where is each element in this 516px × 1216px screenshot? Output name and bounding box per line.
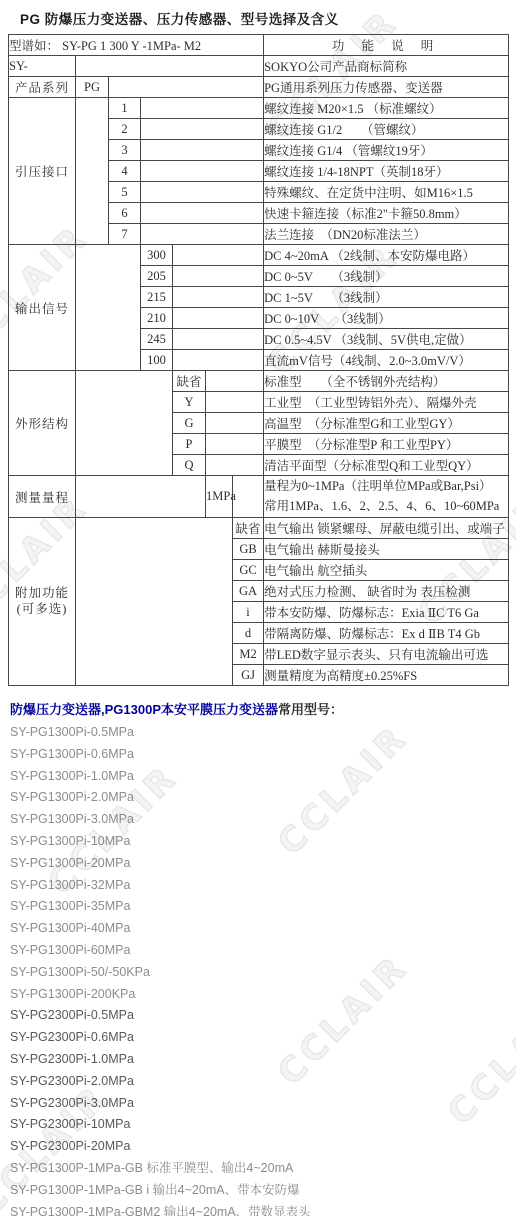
empty-cell xyxy=(206,371,264,392)
empty-cell xyxy=(173,329,264,350)
code-cell: 6 xyxy=(109,203,141,224)
model-item: SY-PG1300Pi-200KPa xyxy=(10,984,508,1006)
code-cell: 缺省 xyxy=(173,371,206,392)
desc-cell: DC 0~10V （3线制） xyxy=(264,308,509,329)
desc-cell: SOKYO公司产品商标简称 xyxy=(264,56,509,77)
desc-cell: 平膜型 （分标准型P 和工业型PY） xyxy=(264,434,509,455)
table-row: 附加功能 (可多选) 缺省 电气输出 锁紧螺母、屏蔽电缆引出、或端子 xyxy=(9,518,509,539)
model-selection-table: 型谱如： SY-PG 1 300 Y -1MPa- M2 功 能 说 明 SY-… xyxy=(8,34,509,686)
empty-cell xyxy=(206,392,264,413)
desc-cell: 清洁平面型（分标准型Q和工业型QY） xyxy=(264,455,509,476)
code-cell: 5 xyxy=(109,182,141,203)
empty-cell xyxy=(206,413,264,434)
desc-cell: 测量精度为高精度±0.25%FS xyxy=(264,665,509,686)
table-row: SY- SOKYO公司产品商标简称 xyxy=(9,56,509,77)
code-cell: 210 xyxy=(141,308,173,329)
code-cell: 100 xyxy=(141,350,173,371)
model-spectrum-example: 型谱如： SY-PG 1 300 Y -1MPa- M2 xyxy=(9,35,264,56)
model-item: SY-PG1300P-1MPa-GB 标准平膜型、输出4~20mA xyxy=(10,1158,508,1180)
extra-label-line1: 附加功能 xyxy=(9,586,75,602)
empty-cell xyxy=(233,476,264,518)
extra-label-line2: (可多选) xyxy=(9,602,75,618)
desc-cell: PG通用系列压力传感器、变送器 xyxy=(264,77,509,98)
empty-cell xyxy=(76,56,264,77)
code-cell: M2 xyxy=(233,644,264,665)
model-item: SY-PG1300Pi-40MPa xyxy=(10,918,508,940)
desc-cell: 螺纹连接 G1/2 （管螺纹） xyxy=(264,119,509,140)
empty-cell xyxy=(76,518,233,686)
desc-cell: DC 4~20mA （2线制、本安防爆电路） xyxy=(264,245,509,266)
model-item: SY-PG2300Pi-10MPa xyxy=(10,1114,508,1136)
section-label-output: 输出信号 xyxy=(9,245,76,371)
code-cell: i xyxy=(233,602,264,623)
model-item: SY-PG2300Pi-20MPa xyxy=(10,1136,508,1158)
desc-cell: 电气输出 航空插头 xyxy=(264,560,509,581)
model-item: SY-PG2300Pi-1.0MPa xyxy=(10,1049,508,1071)
desc-cell: 螺纹连接 G1/4 （管螺纹19牙） xyxy=(264,140,509,161)
desc-cell: 绝对式压力检测、 缺省时为 表压检测 xyxy=(264,581,509,602)
code-cell: 1 xyxy=(109,98,141,119)
desc-cell: 工业型 （工业型铸铝外壳）、隔爆外壳 xyxy=(264,392,509,413)
range-desc-line2: 常用1MPa、1.6、2、2.5、4、6、10~60MPa xyxy=(264,497,508,516)
model-item: SY-PG1300P-1MPa-GB i 输出4~20mA、带本安防爆 xyxy=(10,1180,508,1202)
empty-cell xyxy=(141,161,264,182)
code-cell: 7 xyxy=(109,224,141,245)
code-cell: 205 xyxy=(141,266,173,287)
empty-cell xyxy=(173,308,264,329)
section-label-shape: 外形结构 xyxy=(9,371,76,476)
code-cell: 1MPa xyxy=(206,476,233,518)
model-item: SY-PG1300Pi-32MPa xyxy=(10,875,508,897)
empty-cell xyxy=(173,287,264,308)
desc-cell: 特殊螺纹、在定货中注明、如M16×1.5 xyxy=(264,182,509,203)
empty-cell xyxy=(173,245,264,266)
empty-cell xyxy=(141,119,264,140)
model-item: SY-PG1300Pi-0.6MPa xyxy=(10,744,508,766)
models-heading: 防爆压力变送器,PG1300P本安平膜压力变送器常用型号： xyxy=(10,699,508,718)
desc-cell: 快速卡箍连接（标准2"卡箍50.8mm） xyxy=(264,203,509,224)
empty-cell xyxy=(76,245,141,371)
model-item: SY-PG1300Pi-1.0MPa xyxy=(10,766,508,788)
code-cell: GA xyxy=(233,581,264,602)
table-row: 引压接口 1 螺纹连接 M20×1.5 （标准螺纹） xyxy=(9,98,509,119)
model-item: SY-PG1300Pi-0.5MPa xyxy=(10,722,508,744)
code-cell: 245 xyxy=(141,329,173,350)
desc-cell: 法兰连接 （DN20标准法兰） xyxy=(264,224,509,245)
code-cell: Q xyxy=(173,455,206,476)
model-item: SY-PG1300Pi-3.0MPa xyxy=(10,809,508,831)
code-cell: PG xyxy=(76,77,109,98)
table-row: 型谱如： SY-PG 1 300 Y -1MPa- M2 功 能 说 明 xyxy=(9,35,509,56)
empty-cell xyxy=(173,266,264,287)
function-description-header: 功 能 说 明 xyxy=(264,35,509,56)
code-cell: 4 xyxy=(109,161,141,182)
brand-code-cell: SY- xyxy=(9,56,76,77)
empty-cell xyxy=(141,182,264,203)
table-row: 输出信号 300 DC 4~20mA （2线制、本安防爆电路） xyxy=(9,245,509,266)
model-item: SY-PG1300Pi-10MPa xyxy=(10,831,508,853)
code-cell: 3 xyxy=(109,140,141,161)
code-cell: G xyxy=(173,413,206,434)
empty-cell xyxy=(141,98,264,119)
empty-cell xyxy=(76,98,109,245)
empty-cell xyxy=(109,77,264,98)
code-cell: GC xyxy=(233,560,264,581)
model-list: SY-PG1300Pi-0.5MPa SY-PG1300Pi-0.6MPa SY… xyxy=(10,722,508,1216)
page-content: PG 防爆压力变送器、压力传感器、型号选择及含义 型谱如： SY-PG 1 30… xyxy=(0,0,516,1216)
empty-cell xyxy=(76,371,173,476)
code-cell: GJ xyxy=(233,665,264,686)
model-item: SY-PG2300Pi-0.6MPa xyxy=(10,1027,508,1049)
desc-cell: 直流mV信号（4线制、2.0~3.0mV/V） xyxy=(264,350,509,371)
empty-cell xyxy=(141,224,264,245)
code-cell: P xyxy=(173,434,206,455)
empty-cell xyxy=(206,434,264,455)
code-cell: Y xyxy=(173,392,206,413)
model-item: SY-PG2300Pi-2.0MPa xyxy=(10,1071,508,1093)
empty-cell xyxy=(141,140,264,161)
range-desc-line1: 量程为0~1MPa（注明单位MPa或Bar,Psi） xyxy=(264,477,508,496)
code-cell: d xyxy=(233,623,264,644)
desc-cell: 标准型 （全不锈钢外壳结构） xyxy=(264,371,509,392)
desc-cell: 带隔离防爆、防爆标志：Ex d ⅡB T4 Gb xyxy=(264,623,509,644)
model-item: SY-PG1300Pi-20MPa xyxy=(10,853,508,875)
desc-cell: DC 0.5~4.5V （3线制、5V供电,定做） xyxy=(264,329,509,350)
desc-cell: 量程为0~1MPa（注明单位MPa或Bar,Psi） 常用1MPa、1.6、2、… xyxy=(264,476,509,518)
models-heading-product: 防爆压力变送器,PG1300P本安平膜压力变送器 xyxy=(10,702,278,717)
desc-cell: DC 0~5V （3线制） xyxy=(264,266,509,287)
model-item: SY-PG2300Pi-0.5MPa xyxy=(10,1005,508,1027)
code-cell: 300 xyxy=(141,245,173,266)
section-label-series: 产品系列 xyxy=(9,77,76,98)
section-label-extra: 附加功能 (可多选) xyxy=(9,518,76,686)
desc-cell: DC 1~5V （3线制） xyxy=(264,287,509,308)
desc-cell: 螺纹连接 1/4-18NPT（英制18牙） xyxy=(264,161,509,182)
empty-cell xyxy=(173,350,264,371)
model-item: SY-PG1300P-1MPa-GBM2 输出4~20mA、带数显表头 xyxy=(10,1202,508,1216)
page-title: PG 防爆压力变送器、压力传感器、型号选择及含义 xyxy=(20,8,508,28)
empty-cell xyxy=(76,476,206,518)
model-item: SY-PG2300Pi-3.0MPa xyxy=(10,1093,508,1115)
desc-cell: 电气输出 锁紧螺母、屏蔽电缆引出、或端子 xyxy=(264,518,509,539)
empty-cell xyxy=(206,455,264,476)
section-label-range: 测量量程 xyxy=(9,476,76,518)
desc-cell: 带本安防爆、防爆标志：Exia ⅡC T6 Ga xyxy=(264,602,509,623)
desc-cell: 螺纹连接 M20×1.5 （标准螺纹） xyxy=(264,98,509,119)
table-row: 产品系列 PG PG通用系列压力传感器、变送器 xyxy=(9,77,509,98)
table-row: 外形结构 缺省 标准型 （全不锈钢外壳结构） xyxy=(9,371,509,392)
model-item: SY-PG1300Pi-2.0MPa xyxy=(10,787,508,809)
code-cell: GB xyxy=(233,539,264,560)
desc-cell: 电气输出 赫斯曼接头 xyxy=(264,539,509,560)
code-cell: 2 xyxy=(109,119,141,140)
empty-cell xyxy=(141,203,264,224)
model-item: SY-PG1300Pi-60MPa xyxy=(10,940,508,962)
model-item: SY-PG1300Pi-50/-50KPa xyxy=(10,962,508,984)
desc-cell: 高温型 （分标准型G和工业型GY） xyxy=(264,413,509,434)
code-cell: 215 xyxy=(141,287,173,308)
table-row: 测量量程 1MPa 量程为0~1MPa（注明单位MPa或Bar,Psi） 常用1… xyxy=(9,476,509,518)
models-heading-suffix: 常用型号： xyxy=(278,702,343,717)
desc-cell: 带LED数字显示表头、只有电流输出可选 xyxy=(264,644,509,665)
model-item: SY-PG1300Pi-35MPa xyxy=(10,896,508,918)
code-cell: 缺省 xyxy=(233,518,264,539)
section-label-port: 引压接口 xyxy=(9,98,76,245)
